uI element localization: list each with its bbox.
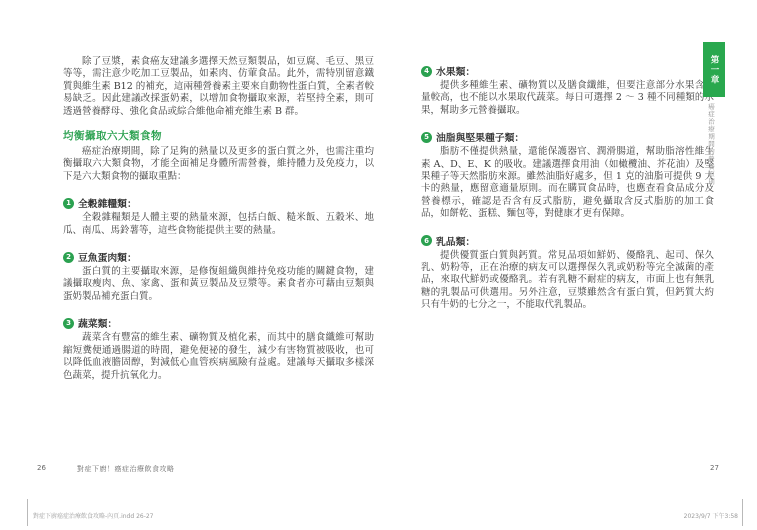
food-group-2: 2 豆魚蛋肉類： 蛋白質的主要攝取來源，是修復組織與維持免疫功能的關鍵食物，建議… bbox=[63, 250, 374, 303]
number-3-badge-icon: 3 bbox=[63, 318, 74, 329]
food-group-4-header: 4 水果類： bbox=[421, 64, 714, 78]
food-group-1: 1 全穀雜糧類： 全穀雜糧類是人體主要的熱量來源，包括白飯、糙米飯、五穀米、地瓜… bbox=[63, 196, 374, 237]
food-group-3-header: 3 蔬菜類： bbox=[63, 316, 374, 330]
running-book-title: 對症下廚！癌症治療飲食攻略 bbox=[77, 464, 175, 474]
food-group-2-title: 豆魚蛋肉類： bbox=[78, 250, 137, 264]
food-group-5-title: 油脂與堅果種子類： bbox=[436, 130, 524, 144]
food-group-3-body: 蔬菜含有豐富的維生素、礦物質及植化素，而其中的膳食纖維可幫助縮短糞便通過腸道的時… bbox=[63, 332, 374, 382]
food-group-5-header: 5 油脂與堅果種子類： bbox=[421, 130, 714, 144]
left-page-number: 26 bbox=[37, 464, 46, 472]
chapter-tab-label: 第一章 bbox=[708, 55, 720, 85]
food-group-4-title: 水果類： bbox=[436, 64, 475, 78]
food-group-6-title: 乳品類： bbox=[436, 234, 475, 248]
intro-paragraph: 除了豆漿，素食癌友建議多選擇天然豆類製品，如豆腐、毛豆、黑豆等等，需注意少吃加工… bbox=[63, 56, 374, 118]
print-timestamp: 2023/9/7 下午3:58 bbox=[684, 511, 738, 520]
food-group-6: 6 乳品類： 提供優質蛋白質與鈣質。常見品項如鮮奶、優酪乳、起司、保久乳、奶粉等… bbox=[421, 234, 714, 312]
food-group-1-header: 1 全穀雜糧類： bbox=[63, 196, 374, 210]
food-group-3-title: 蔬菜類： bbox=[78, 316, 117, 330]
right-page-column: 4 水果類： 提供多種維生素、礦物質以及膳食纖維，但要注意部分水果含糖量較高，也… bbox=[421, 56, 714, 312]
number-1-badge-icon: 1 bbox=[63, 198, 74, 209]
food-group-4: 4 水果類： 提供多種維生素、礦物質以及膳食纖維，但要注意部分水果含糖量較高，也… bbox=[421, 64, 714, 117]
food-group-1-title: 全穀雜糧類： bbox=[78, 196, 137, 210]
food-group-1-body: 全穀雜糧類是人體主要的熱量來源，包括白飯、糙米飯、五穀米、地瓜、南瓜、馬鈴薯等，… bbox=[63, 212, 374, 237]
food-group-2-body: 蛋白質的主要攝取來源，是修復組織與維持免疫功能的關鍵食物，建議攝取瘦肉、魚、家禽… bbox=[63, 266, 374, 303]
food-group-5: 5 油脂與堅果種子類： 脂肪不僅提供熱量，還能保護器官、潤滑腸道，幫助脂溶性維生… bbox=[421, 130, 714, 220]
right-page-number: 27 bbox=[710, 464, 719, 472]
food-group-6-header: 6 乳品類： bbox=[421, 234, 714, 248]
food-group-5-body: 脂肪不僅提供熱量，還能保護器官、潤滑腸道，幫助脂溶性維生素 A、D、E、K 的吸… bbox=[421, 146, 714, 220]
book-spread: 除了豆漿，素食癌友建議多選擇天然豆類製品，如豆腐、毛豆、黑豆等等，需注意少吃加工… bbox=[0, 0, 757, 530]
chapter-tab: 第一章 bbox=[703, 42, 725, 97]
food-group-6-body: 提供優質蛋白質與鈣質。常見品項如鮮奶、優酪乳、起司、保久乳、奶粉等，正在治療的病… bbox=[421, 250, 714, 312]
print-info-row: 對症下廚癌症治療飲食攻略-內頁.indd 26-27 2023/9/7 下午3:… bbox=[0, 511, 757, 521]
chapter-subtitle: 癌症治療期間的營養原則 bbox=[707, 103, 716, 186]
food-group-3: 3 蔬菜類： 蔬菜含有豐富的維生素、礦物質及植化素，而其中的膳食纖維可幫助縮短糞… bbox=[63, 316, 374, 382]
food-group-4-body: 提供多種維生素、礦物質以及膳食纖維，但要注意部分水果含糖量較高，也不能以水果取代… bbox=[421, 80, 714, 117]
section-intro-paragraph: 癌症治療期間，除了足夠的熱量以及更多的蛋白質之外，也需注重均衡攝取六大類食物，才… bbox=[63, 146, 374, 183]
number-2-badge-icon: 2 bbox=[63, 252, 74, 263]
section-heading: 均衡攝取六大類食物 bbox=[63, 128, 374, 143]
number-5-badge-icon: 5 bbox=[421, 132, 432, 143]
number-6-badge-icon: 6 bbox=[421, 235, 432, 246]
left-page-column: 除了豆漿，素食癌友建議多選擇天然豆類製品，如豆腐、毛豆、黑豆等等，需注意少吃加工… bbox=[63, 56, 374, 382]
print-filename: 對症下廚癌症治療飲食攻略-內頁.indd 26-27 bbox=[33, 511, 154, 520]
food-group-2-header: 2 豆魚蛋肉類： bbox=[63, 250, 374, 264]
footer-row: 26 對症下廚！癌症治療飲食攻略 27 bbox=[0, 464, 757, 476]
number-4-badge-icon: 4 bbox=[421, 66, 432, 77]
